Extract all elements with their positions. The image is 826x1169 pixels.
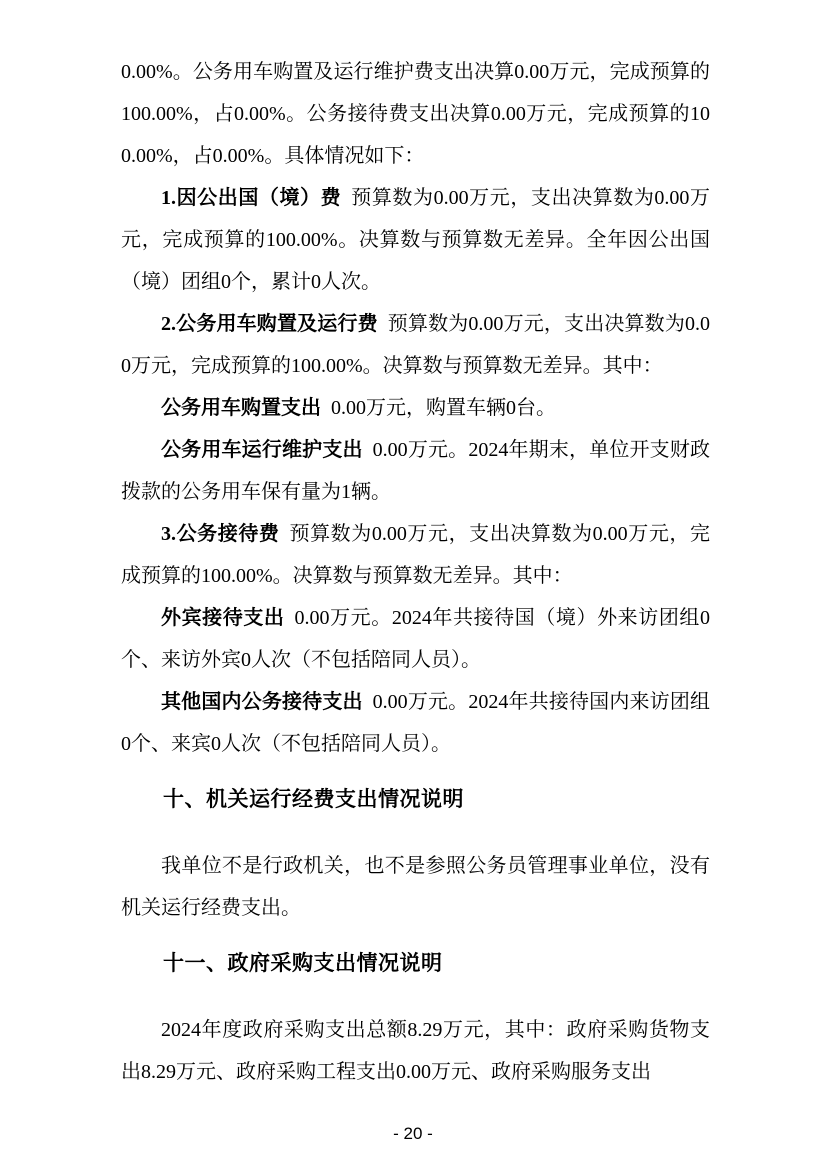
paragraph-text: 0.00万元，购置车辆0台。: [331, 397, 556, 419]
page-number: - 20 -: [0, 1124, 826, 1144]
paragraph-item-foreign-guest-reception: 外宾接待支出0.00万元。2024年共接待国（境）外来访团组0个、来访外宾0人次…: [121, 597, 710, 681]
paragraph-item-vehicle-purchase: 公务用车购置支出0.00万元，购置车辆0台。: [121, 387, 710, 429]
paragraph-item-domestic-reception: 其他国内公务接待支出0.00万元。2024年共接待国内来访团组0个、来宾0人次（…: [121, 681, 710, 765]
paragraph-lead: 公务用车购置支出: [161, 397, 321, 419]
paragraph-lead: 外宾接待支出: [161, 607, 285, 629]
paragraph-item-vehicle-purchase-operation: 2.公务用车购置及运行费预算数为0.00万元，支出决算数为0.00万元，完成预算…: [121, 303, 710, 387]
section-heading-eleven: 十一、政府采购支出情况说明: [121, 949, 710, 979]
paragraph-intro-continuation: 0.00%。公务用车购置及运行维护费支出决算0.00万元，完成预算的100.00…: [121, 51, 710, 177]
paragraph-section-eleven: 2024年度政府采购支出总额8.29万元，其中：政府采购货物支出8.29万元、政…: [121, 1009, 710, 1093]
paragraph-item-official-reception: 3.公务接待费预算数为0.00万元，支出决算数为0.00万元，完成预算的100.…: [121, 513, 710, 597]
paragraph-text: 0.00%。公务用车购置及运行维护费支出决算0.00万元，完成预算的100.00…: [121, 61, 710, 167]
paragraph-item-outbound-travel: 1.因公出国（境）费预算数为0.00万元，支出决算数为0.00万元，完成预算的1…: [121, 177, 710, 303]
paragraph-lead: 2.公务用车购置及运行费: [161, 313, 378, 335]
document-body: 0.00%。公务用车购置及运行维护费支出决算0.00万元，完成预算的100.00…: [121, 51, 710, 1093]
paragraph-section-ten: 我单位不是行政机关，也不是参照公务员管理事业单位，没有机关运行经费支出。: [121, 845, 710, 929]
paragraph-lead: 1.因公出国（境）费: [161, 187, 341, 209]
paragraph-lead: 其他国内公务接待支出: [161, 691, 363, 713]
paragraph-item-vehicle-maintenance: 公务用车运行维护支出0.00万元。2024年期末，单位开支财政拨款的公务用车保有…: [121, 429, 710, 513]
section-heading-ten: 十、机关运行经费支出情况说明: [121, 785, 710, 815]
document-page: 0.00%。公务用车购置及运行维护费支出决算0.00万元，完成预算的100.00…: [0, 0, 826, 1169]
paragraph-lead: 3.公务接待费: [161, 523, 280, 545]
paragraph-lead: 公务用车运行维护支出: [161, 439, 363, 461]
